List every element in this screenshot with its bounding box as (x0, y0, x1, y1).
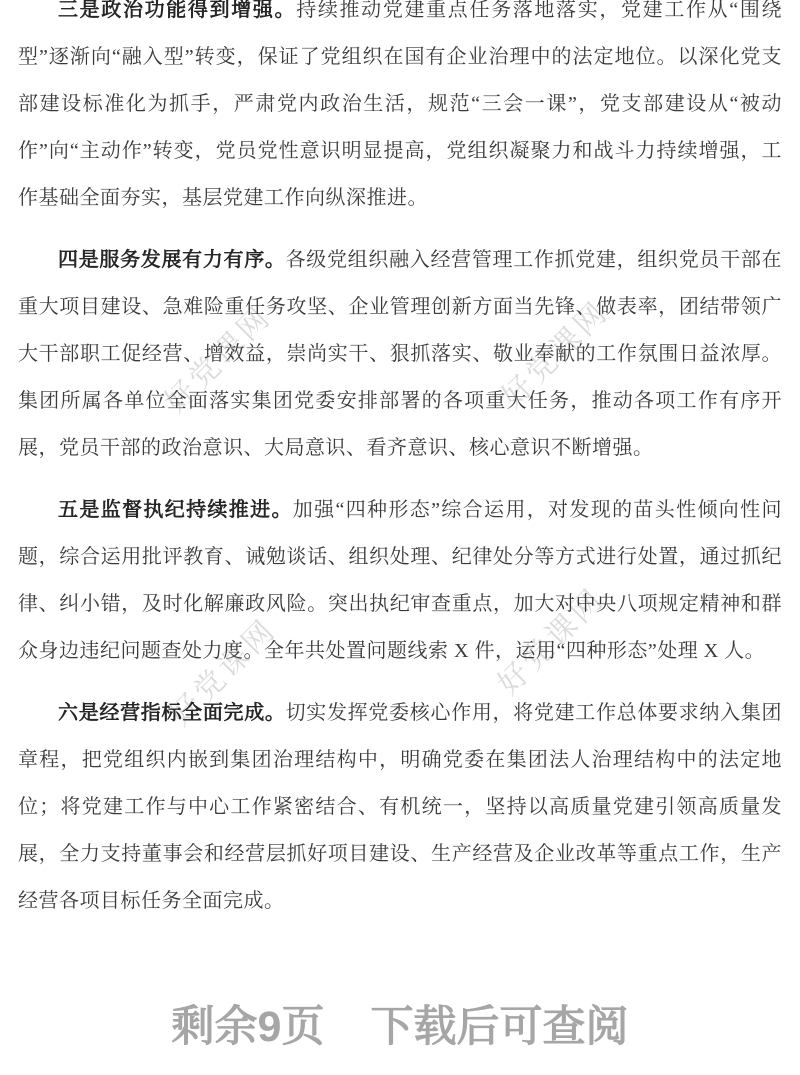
document-body: 三是政治功能得到增强。持续推动党建重点任务落地落实，党建工作从“围绕型”逐渐向“… (0, 0, 800, 925)
paragraph: 六是经营指标全面完成。切实发挥党委核心作用，将党建工作总体要求纳入集团章程，把党… (18, 690, 782, 925)
paragraph-lead: 四是服务发展有力有序。 (58, 249, 286, 271)
paragraph-text: 切实发挥党委核心作用，将党建工作总体要求纳入集团章程，把党组织内嵌到集团治理结构… (18, 702, 782, 912)
paragraph-text: 持续推动党建重点任务落地落实，党建工作从“围绕型”逐渐向“融入型”转变，保证了党… (18, 0, 782, 209)
paragraph-lead: 六是经营指标全面完成。 (58, 702, 286, 724)
pages-remaining-text: 剩余9页 (172, 1003, 325, 1051)
paragraph-lead: 五是监督执纪持续推进。 (58, 499, 293, 521)
paragraph-text: 各级党组织融入经营管理工作抓党建，组织党员干部在重大项目建设、急难险重任务攻坚、… (18, 249, 782, 459)
paragraph-text: 加强“四种形态”综合运用，对发现的苗头性倾向性问题，综合运用批评教育、诫勉谈话、… (18, 499, 782, 662)
pages-remaining-banner: 剩余9页下载后可查阅 (0, 1001, 800, 1053)
paragraph-lead: 三是政治功能得到增强。 (58, 0, 296, 21)
document-preview-page: 好党课网 好党课网 好党课网 好党课网 三是政治功能得到增强。持续推动党建重点任… (0, 0, 800, 1075)
paragraph: 四是服务发展有力有序。各级党组织融入经营管理工作抓党建，组织党员干部在重大项目建… (18, 237, 782, 472)
download-hint-text: 下载后可查阅 (370, 1003, 628, 1051)
paragraph: 五是监督执纪持续推进。加强“四种形态”综合运用，对发现的苗头性倾向性问题，综合运… (18, 487, 782, 675)
paragraph: 三是政治功能得到增强。持续推动党建重点任务落地落实，党建工作从“围绕型”逐渐向“… (18, 0, 782, 222)
